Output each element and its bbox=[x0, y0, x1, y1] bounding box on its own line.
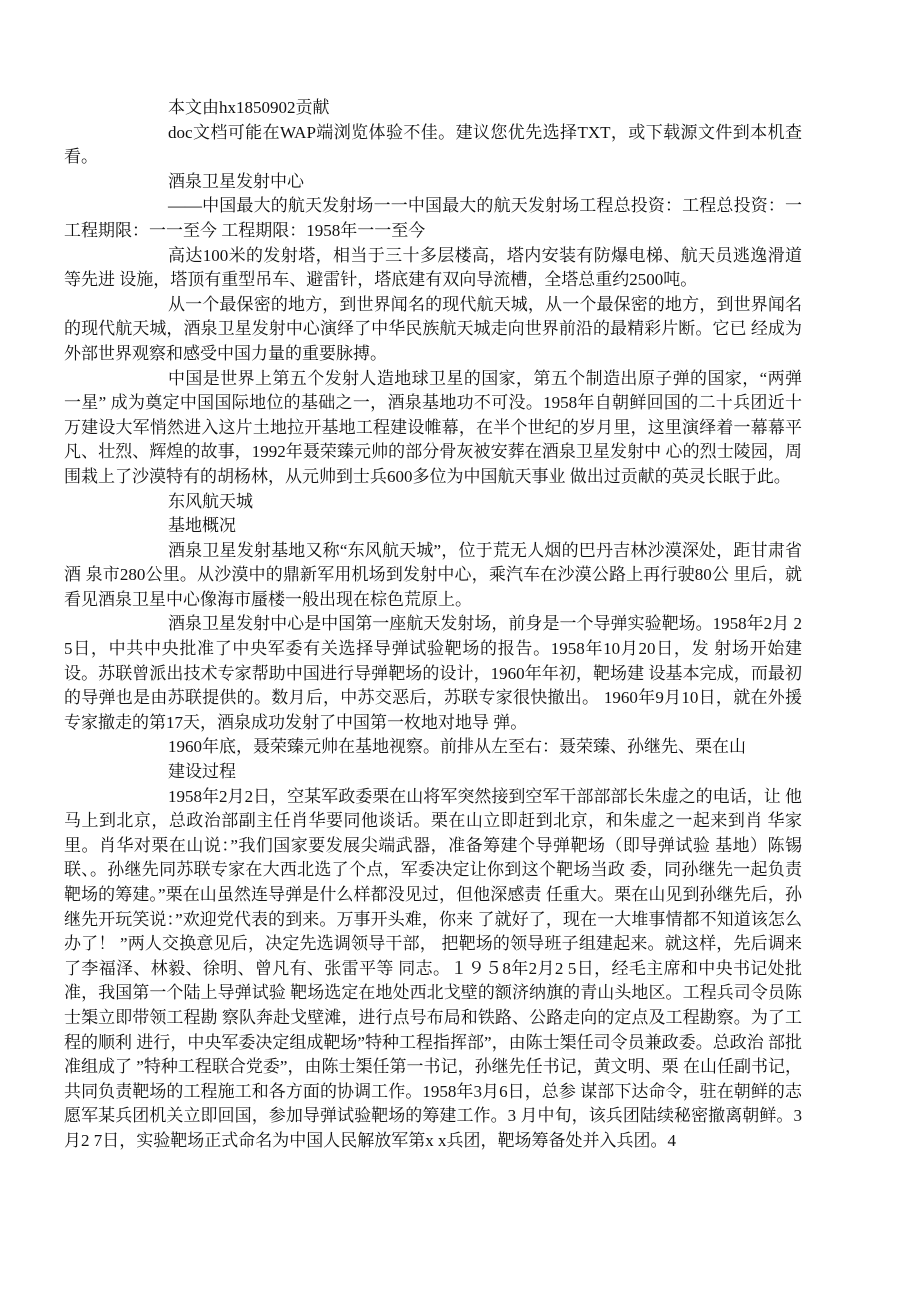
para-secret-place: 从一个最保密的地方，到世界闻名的现代航天城，从一个最保密的地方，到世界闻名的现代… bbox=[64, 293, 802, 367]
doc-subtitle: ——中国最大的航天发射场一一中国最大的航天发射场工程总投资：工程总投资：一 工程… bbox=[64, 194, 802, 243]
doc-title: 酒泉卫星发射中心 bbox=[64, 170, 802, 195]
viewer-notice: doc文档可能在WAP端浏览体验不佳。建议您优先选择TXT，或下载源文件到本机查… bbox=[64, 121, 802, 170]
para-base-location: 酒泉卫星发射基地又称“东风航天城”，位于荒无人烟的巴丹吉林沙漠深处，距甘肃省酒 … bbox=[64, 539, 802, 613]
para-fifth-country: 中国是世界上第五个发射人造地球卫星的国家，第五个制造出原子弹的国家，“两弹一星”… bbox=[64, 367, 802, 490]
document-body: 本文由hx1850902贡献 doc文档可能在WAP端浏览体验不佳。建议您优先选… bbox=[64, 96, 802, 1154]
heading-construction: 建设过程 bbox=[64, 760, 802, 785]
heading-dongfeng-city: 东风航天城 bbox=[64, 490, 802, 515]
para-launch-tower: 高达100米的发射塔，相当于三十多层楼高，塔内安装有防爆电梯、航天员逃逸滑道等先… bbox=[64, 244, 802, 293]
para-first-launch-site: 酒泉卫星发射中心是中国第一座航天发射场，前身是一个导弹实验靶场。1958年2月 … bbox=[64, 612, 802, 735]
para-construction-history: 1958年2月2日，空某军政委栗在山将军突然接到空军干部部部长朱虚之的电话，让 … bbox=[64, 785, 802, 1154]
heading-base-overview: 基地概况 bbox=[64, 514, 802, 539]
contributor-line: 本文由hx1850902贡献 bbox=[64, 96, 802, 121]
caption-1960-inspection: 1960年底，聂荣臻元帅在基地视察。前排从左至右：聂荣臻、孙继先、栗在山 bbox=[64, 735, 802, 760]
document-page: 本文由hx1850902贡献 doc文档可能在WAP端浏览体验不佳。建议您优先选… bbox=[0, 0, 920, 1302]
